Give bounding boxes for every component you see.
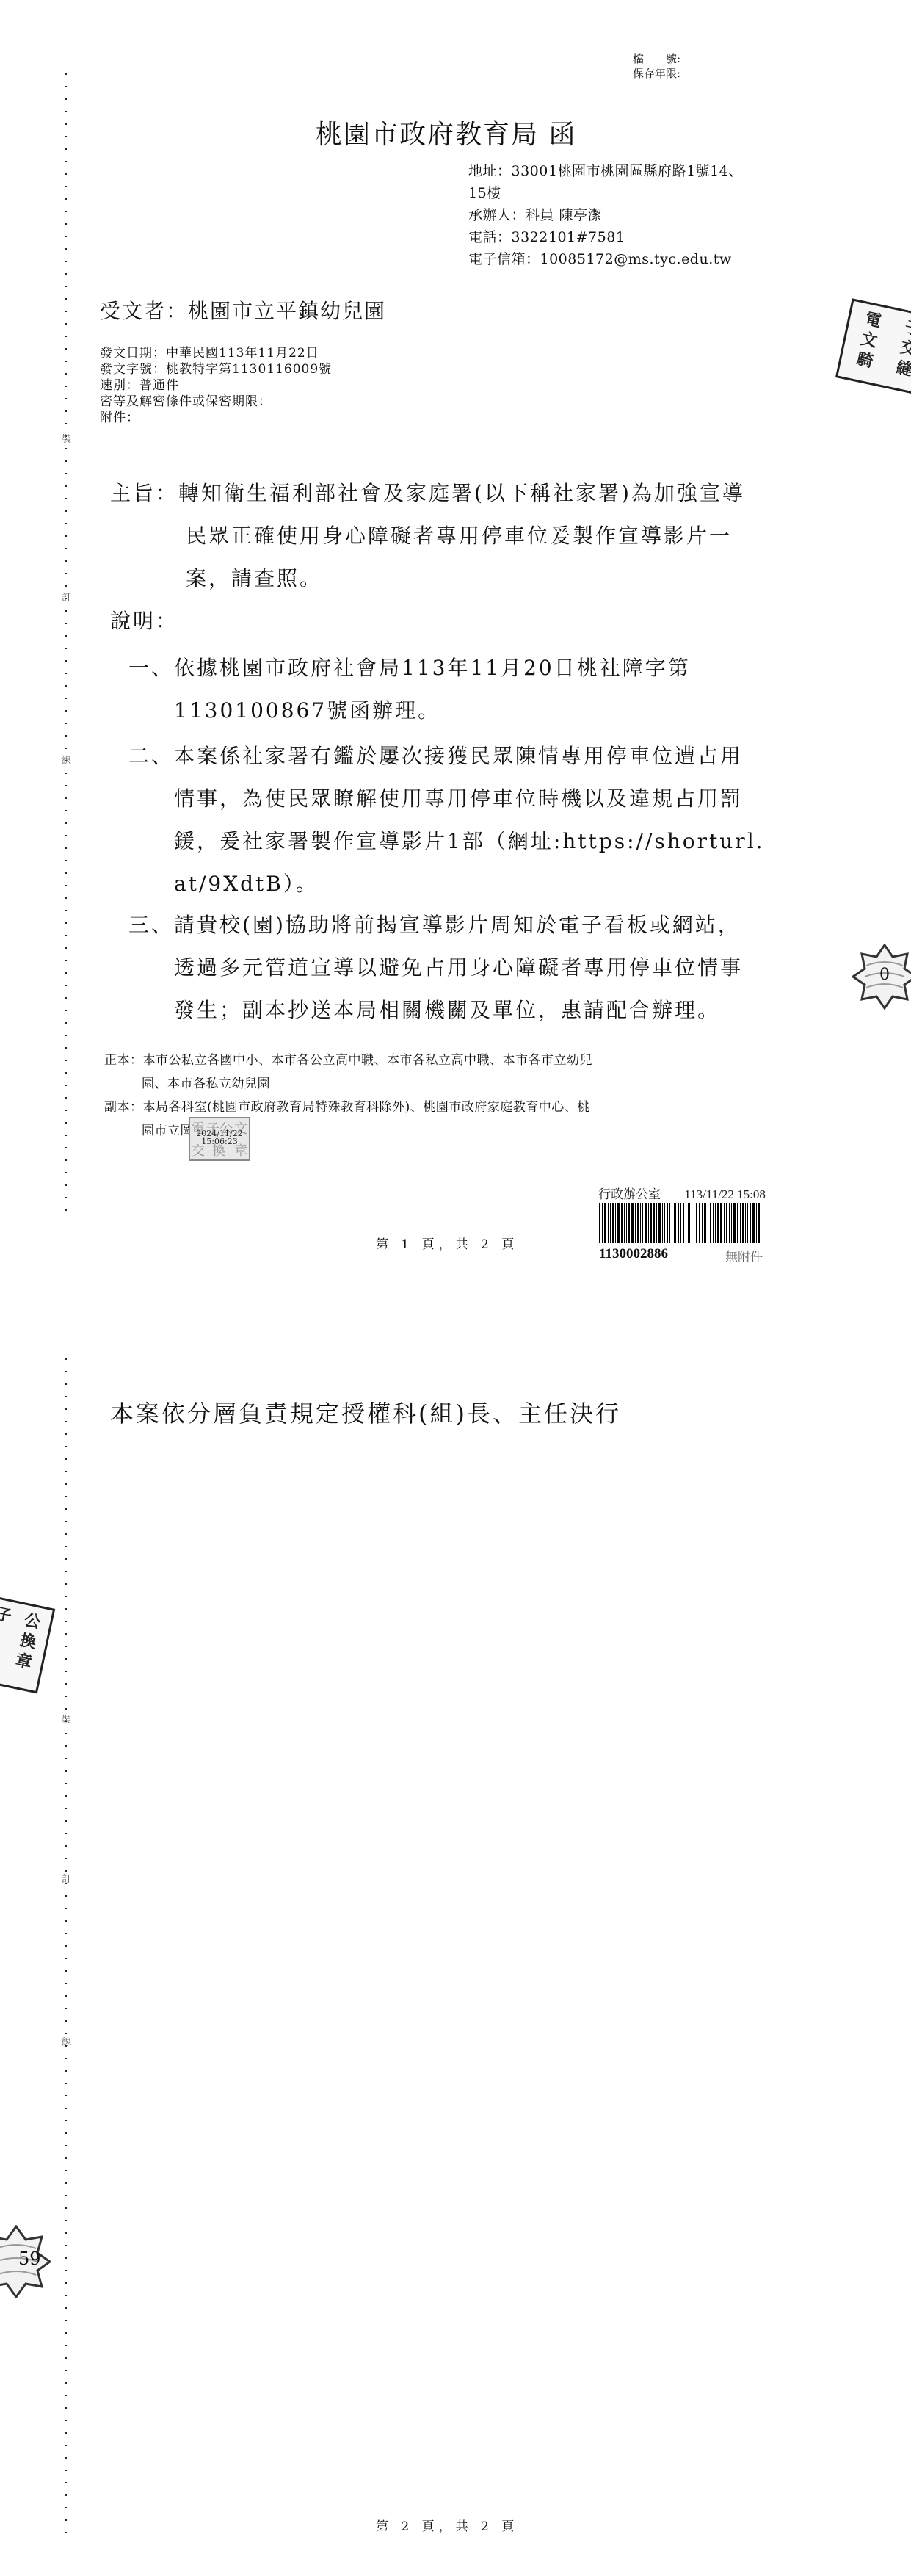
original-recipients-line-1: 本市公私立各國中小、本市各公立高中職、本市各私立高中職、本市各市立幼兒 [143, 1052, 593, 1068]
sender-info: 地址：33001桃園市桃園區縣府路1號14、 15樓 承辦人：科員 陳亭潔 電話… [468, 162, 743, 269]
binding-dot [65, 410, 67, 412]
binding-dot [65, 1845, 67, 1847]
binding-dot [65, 1858, 67, 1859]
document-number: 發文字號：桃教特字第1130116009號 [100, 361, 332, 377]
binding-dot [65, 648, 67, 649]
binding-dot [65, 1658, 67, 1660]
binding-dot [65, 535, 67, 537]
binding-dot [65, 860, 67, 861]
binding-dot [65, 735, 67, 737]
seal-star-right: 0 [852, 944, 911, 1010]
binding-dot [65, 485, 67, 487]
binding-dot [65, 123, 67, 125]
binding-dot [65, 2357, 67, 2359]
binding-dot [65, 1172, 67, 1173]
binding-dot [65, 2445, 67, 2446]
binding-dot [65, 1022, 67, 1024]
subject-line-1: 轉知衛生福利部社會及家庭署(以下稱社家署)為加強宣導 [178, 479, 745, 508]
item-number: 三、 [128, 911, 174, 940]
binding-dot [65, 136, 67, 137]
binding-dot [65, 2108, 67, 2109]
page-footer-1: 第 1 頁，共 2 頁 [376, 1234, 518, 1252]
binding-dot [65, 386, 67, 387]
binding-dot [65, 710, 67, 712]
binding-dot [65, 2507, 67, 2508]
copy-recipients-label: 副本： [104, 1099, 143, 1115]
binding-margin-dotted-line [65, 73, 68, 1219]
binding-dot [65, 1408, 67, 1410]
binding-dot [65, 1945, 67, 1947]
binding-dot [65, 1770, 67, 1772]
binding-dot [65, 1446, 67, 1447]
binding-dot [65, 2307, 67, 2309]
binding-dot [65, 1546, 67, 1547]
binding-dot [65, 1433, 67, 1435]
binding-dot [65, 2232, 67, 2234]
document-meta: 發文日期：中華民國113年11月22日 發文字號：桃教特字第1130116009… [100, 345, 332, 426]
binding-dot [65, 523, 67, 524]
binding-dot [65, 1035, 67, 1036]
subject-section: 主旨： 轉知衛生福利部社會及家庭署(以下稱社家署)為加強宣導 民眾正確使用身心障… [110, 479, 745, 593]
binding-dot [65, 2182, 67, 2184]
binding-dot [65, 885, 67, 886]
binding-dot [65, 473, 67, 474]
binding-dot [65, 1483, 67, 1485]
binding-dot [65, 1159, 67, 1161]
binding-dot [65, 822, 67, 824]
binding-dot [65, 2157, 67, 2159]
binding-dot [65, 748, 67, 749]
binding-dot [65, 1633, 67, 1635]
binding-dot [65, 1508, 67, 1510]
binding-dot [65, 1870, 67, 1872]
recipient: 受文者：桃園市立平鎮幼兒園 [100, 295, 386, 325]
attachments: 附件： [100, 410, 332, 426]
binding-dot [65, 1920, 67, 1922]
binding-label-ding: 訂 [62, 1875, 71, 1885]
binding-dot [65, 1496, 67, 1497]
binding-dot [65, 1745, 67, 1747]
binding-dot [65, 573, 67, 574]
binding-dot [65, 785, 67, 786]
binding-dot [65, 548, 67, 549]
binding-dot [65, 2257, 67, 2259]
binding-dot [65, 1358, 67, 1360]
binding-dot [65, 685, 67, 687]
binding-dot [65, 98, 67, 100]
binding-dot [65, 1458, 67, 1460]
exchange-stamp: 電 子 公 文 交 換 章 2024/11/22 15:06:23 [189, 1117, 250, 1161]
binding-dot [65, 311, 67, 312]
binding-dot [65, 398, 67, 399]
binding-dot [65, 286, 67, 287]
binding-dot [65, 2220, 67, 2221]
binding-dot [65, 1983, 67, 1984]
sender-address-line1: 地址：33001桃園市桃園區縣府路1號14、 [468, 162, 743, 181]
page-footer-2: 第 2 頁，共 2 頁 [376, 2516, 518, 2534]
binding-dot [65, 2332, 67, 2334]
binding-dot [65, 1708, 67, 1710]
binding-dot [65, 635, 67, 637]
binding-dot [65, 1733, 67, 1734]
sender-address-line2: 15樓 [468, 184, 743, 203]
binding-dot [65, 997, 67, 999]
binding-dot [65, 498, 67, 499]
issue-date: 發文日期：中華民國113年11月22日 [100, 345, 332, 361]
binding-dot [65, 1758, 67, 1759]
explanation-item-1: 一、 依據桃園市政府社會局113年11月20日桃社障字第 1130100867號… [128, 654, 691, 726]
binding-dot [65, 2457, 67, 2459]
binding-dot [65, 86, 67, 87]
binding-dot [65, 261, 67, 262]
binding-dot [65, 2470, 67, 2471]
binding-label-xian: 線 [62, 2038, 71, 2048]
binding-dot [65, 73, 67, 75]
video-url-line[interactable]: 鍰，爰社家署製作宣導影片1部（網址:https://shorturl. [174, 827, 765, 856]
binding-dot [65, 1958, 67, 1959]
binding-dot [65, 223, 67, 225]
explanation-label: 說明： [110, 607, 178, 636]
binding-dot [65, 2070, 67, 2072]
binding-dot [65, 985, 67, 986]
binding-dot [65, 2320, 67, 2321]
binding-dot [65, 2282, 67, 2284]
binding-dot [65, 1010, 67, 1011]
binding-dot [65, 186, 67, 187]
binding-dot [65, 336, 67, 337]
binding-dot [65, 660, 67, 662]
binding-dot [65, 585, 67, 587]
binding-dot [65, 2532, 67, 2533]
binding-dot [65, 1571, 67, 1572]
binding-dot [65, 935, 67, 936]
exchange-stamp-time: 15:06:23 [193, 1137, 246, 1146]
binding-dot [65, 1085, 67, 1086]
binding-dot [65, 2245, 67, 2246]
binding-dot [65, 173, 67, 175]
binding-label-xian: 線 [62, 756, 71, 767]
delegation-note: 本案依分層負責規定授權科(組)長、主任決行 [110, 1395, 621, 1429]
binding-dot [65, 1933, 67, 1934]
file-info: 檔 號: 保存年限: [633, 51, 680, 81]
binding-dot [65, 897, 67, 899]
binding-dot [65, 148, 67, 150]
binding-margin-dotted-line [65, 1358, 68, 2548]
binding-dot [65, 448, 67, 449]
binding-dot [65, 847, 67, 849]
binding-dot [65, 1995, 67, 1997]
binding-dot [65, 323, 67, 325]
binding-dot [65, 2008, 67, 2009]
binding-dot [65, 1683, 67, 1685]
retention-period-label: 保存年限: [633, 66, 680, 81]
binding-dot [65, 1122, 67, 1124]
file-number-label: 檔 號: [633, 51, 680, 66]
binding-dot [65, 960, 67, 961]
binding-dot [65, 1396, 67, 1397]
binding-dot [65, 236, 67, 237]
binding-dot [65, 797, 67, 799]
binding-dot [65, 2033, 67, 2034]
binding-dot [65, 773, 67, 774]
binding-dot [65, 835, 67, 836]
binding-dot [65, 1110, 67, 1111]
binding-dot [65, 723, 67, 724]
barcode [599, 1203, 761, 1243]
binding-dot [65, 1583, 67, 1585]
binding-dot [65, 610, 67, 612]
binding-dot [65, 1471, 67, 1472]
binding-dot [65, 2494, 67, 2496]
explanation-item-3: 三、 請貴校(園)協助將前揭宣導影片周知於電子看板或網站， 透過多元管道宣導以避… [128, 911, 743, 1025]
binding-dot [65, 1696, 67, 1697]
binding-dot [65, 1184, 67, 1186]
receiving-office: 行政辦公室 [598, 1187, 661, 1201]
binding-dot [65, 560, 67, 562]
binding-dot [65, 211, 67, 212]
binding-dot [65, 2145, 67, 2146]
handler: 承辦人：科員 陳亭潔 [468, 206, 743, 225]
binding-dot [65, 872, 67, 874]
binding-dot [65, 1646, 67, 1647]
binding-dot [65, 1047, 67, 1049]
binding-dot [65, 972, 67, 974]
binding-dot [65, 2407, 67, 2409]
subject-line-3: 案，請查照。 [186, 564, 745, 593]
binding-dot [65, 2382, 67, 2384]
binding-dot [65, 348, 67, 350]
copy-recipients-line-1: 本局各科室(桃園市政府教育局特殊教育科除外)、桃園市政府家庭教育中心、桃 [143, 1099, 590, 1115]
binding-dot [65, 2195, 67, 2196]
binding-dot [65, 2270, 67, 2271]
binding-dot [65, 423, 67, 424]
phone: 電話：3322101#7581 [468, 228, 743, 247]
classification: 密等及解密條件或保密期限： [100, 394, 332, 410]
binding-dot [65, 1533, 67, 1535]
binding-dot [65, 2420, 67, 2421]
binding-dot [65, 1795, 67, 1797]
binding-dot [65, 1421, 67, 1422]
item-number: 二、 [128, 742, 174, 771]
binding-dot [65, 2370, 67, 2371]
binding-dot [65, 1820, 67, 1822]
binding-dot [65, 2295, 67, 2296]
binding-dot [65, 1596, 67, 1597]
original-recipients-label: 正本： [104, 1052, 143, 1068]
binding-label-ding: 訂 [62, 593, 71, 604]
binding-dot [65, 922, 67, 924]
binding-dot [65, 1147, 67, 1148]
binding-dot [65, 810, 67, 811]
binding-dot [65, 298, 67, 300]
barcode-number: 1130002886 [599, 1246, 668, 1262]
binding-dot [65, 698, 67, 699]
receipt-datetime: 113/11/22 15:08 [684, 1187, 766, 1201]
binding-dot [65, 2058, 67, 2059]
binding-dot [65, 2095, 67, 2096]
binding-dot [65, 910, 67, 911]
binding-dot [65, 1671, 67, 1672]
binding-dot [65, 248, 67, 250]
binding-dot [65, 1060, 67, 1061]
subject-label: 主旨： [110, 479, 178, 508]
priority: 速別：普通件 [100, 377, 332, 394]
binding-dot [65, 373, 67, 375]
subject-line-2: 民眾正確使用身心障礙者專用停車位爰製作宣導影片一 [186, 521, 745, 551]
binding-dot [65, 2020, 67, 2022]
binding-dot [65, 1135, 67, 1136]
exchange-seal-left: 子公 換 章 [0, 1595, 55, 1694]
binding-dot [65, 1521, 67, 1522]
receipt-header: 行政辦公室 113/11/22 15:08 [598, 1184, 766, 1202]
electronic-seal-stamp: 電子 文交 騎縫 [835, 298, 911, 396]
binding-dot [65, 1908, 67, 1909]
binding-dot [65, 2132, 67, 2134]
binding-dot [65, 2207, 67, 2209]
binding-dot [65, 1072, 67, 1074]
binding-dot [65, 1097, 67, 1099]
binding-dot [65, 1621, 67, 1622]
binding-dot [65, 1808, 67, 1809]
binding-dot [65, 460, 67, 462]
binding-dot [65, 1970, 67, 1972]
binding-dot [65, 2170, 67, 2171]
item-number: 一、 [128, 654, 174, 683]
binding-dot [65, 1608, 67, 1610]
binding-dot [65, 2345, 67, 2346]
distribution-section: 正本： 本市公私立各國中小、本市各公立高中職、本市各私立高中職、本市各市立幼兒 … [104, 1052, 592, 1139]
binding-dot [65, 2519, 67, 2521]
binding-dot [65, 2482, 67, 2483]
binding-dot [65, 1197, 67, 1198]
binding-dot [65, 947, 67, 949]
binding-dot [65, 1383, 67, 1385]
binding-label-zhuang: 裝 [62, 1715, 71, 1726]
binding-dot [65, 111, 67, 112]
binding-dot [65, 2120, 67, 2121]
binding-dot [65, 623, 67, 624]
binding-dot [65, 2083, 67, 2084]
binding-dot [65, 1783, 67, 1784]
binding-dot [65, 1209, 67, 1211]
email[interactable]: 電子信箱：10085172@ms.tyc.edu.tw [468, 250, 743, 269]
binding-label-zhuang: 裝 [62, 435, 71, 445]
binding-dot [65, 510, 67, 512]
binding-dot [65, 673, 67, 674]
video-url-line-cont[interactable]: at/9XdtB）。 [174, 869, 765, 899]
binding-dot [65, 1371, 67, 1372]
binding-dot [65, 2432, 67, 2434]
binding-dot [65, 361, 67, 362]
binding-dot [65, 1833, 67, 1834]
binding-dot [65, 2395, 67, 2396]
seal-star-left: 59 [0, 2225, 51, 2298]
binding-dot [65, 198, 67, 200]
document-title: 桃園市政府教育局 函 [316, 114, 576, 151]
attachment-note: 無附件 [725, 1246, 763, 1265]
explanation-item-2: 二、 本案係社家署有鑑於屢次接獲民眾陳情專用停車位遭占用 情事，為使民眾瞭解使用… [128, 742, 765, 899]
original-recipients-line-2: 園、本市各私立幼兒園 [142, 1076, 592, 1092]
binding-dot [65, 1895, 67, 1897]
binding-dot [65, 273, 67, 275]
binding-dot [65, 1558, 67, 1560]
binding-dot [65, 161, 67, 162]
